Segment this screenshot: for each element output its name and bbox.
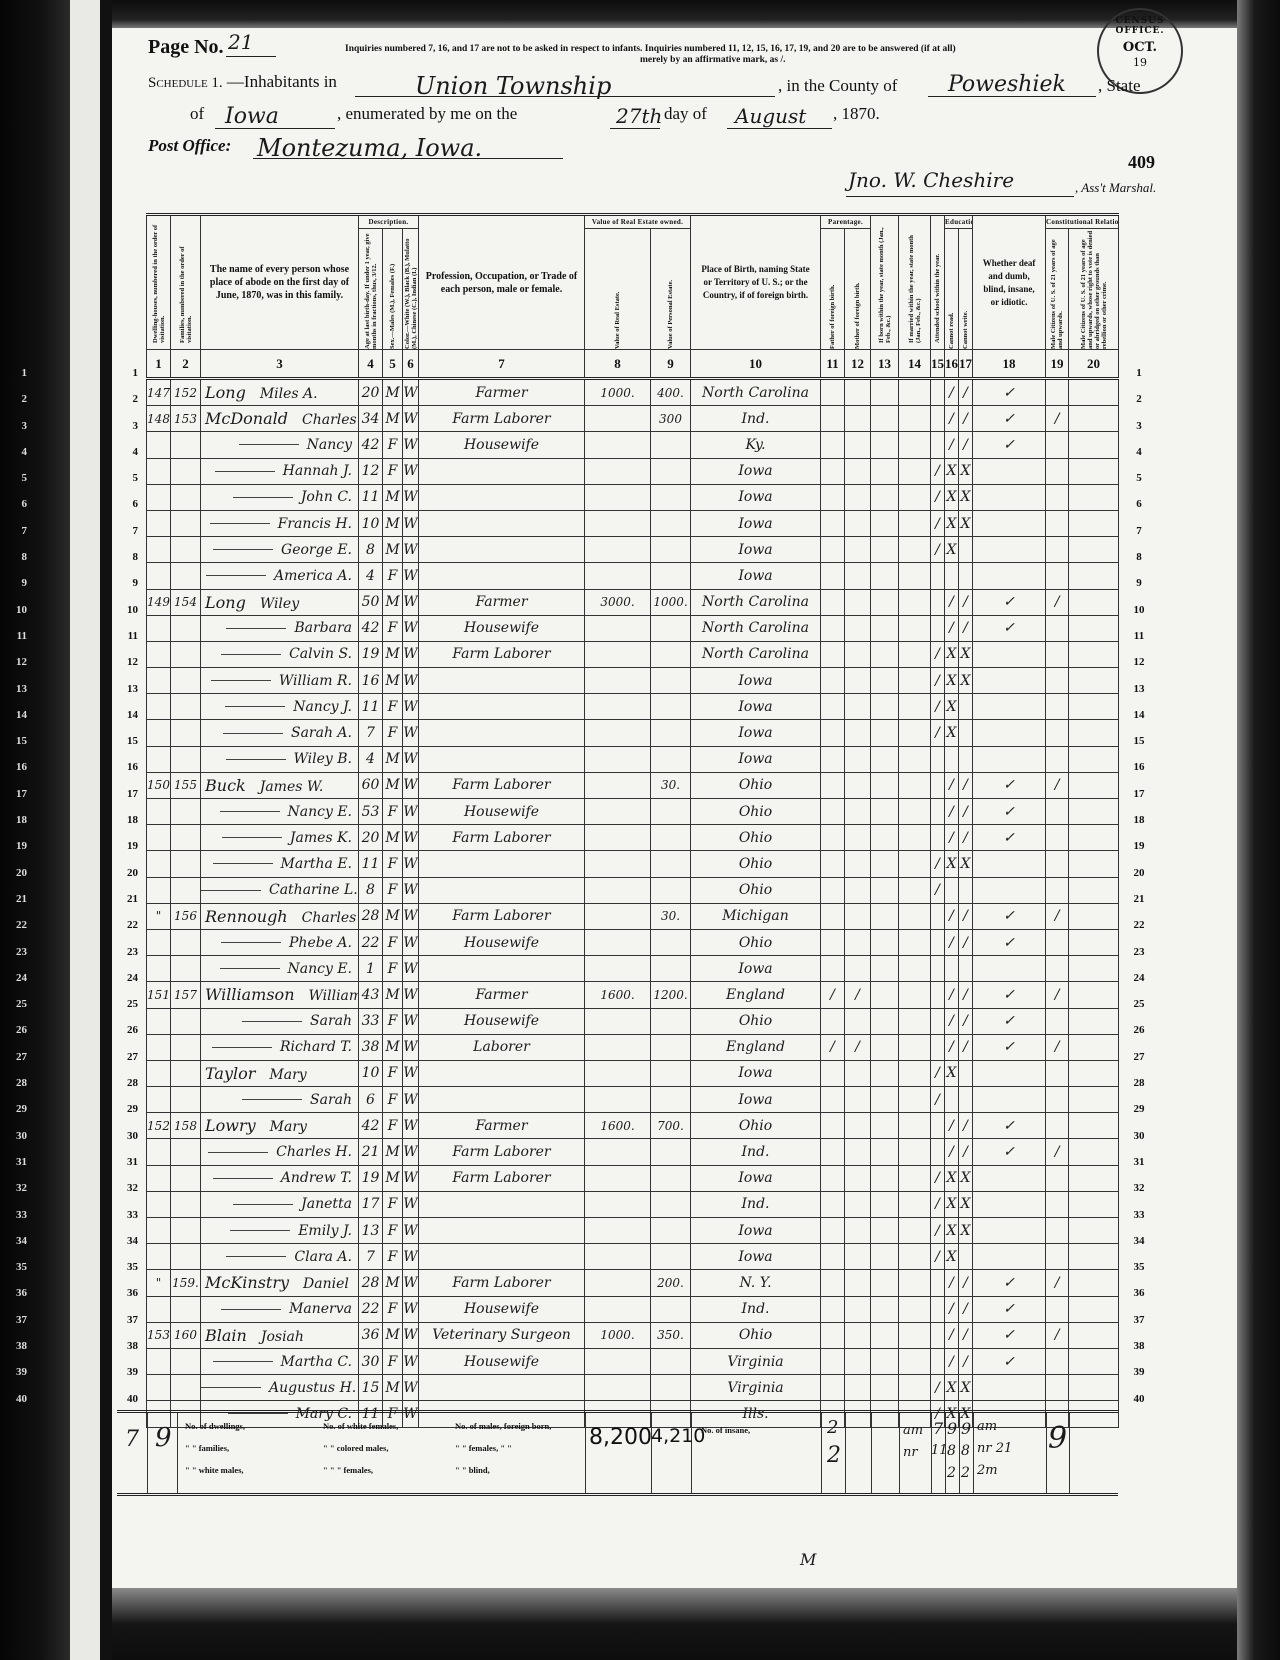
family-number [171,641,201,667]
sex: F [383,1218,403,1244]
occupation: Housewife [419,1008,585,1034]
cannot-read: / [945,589,959,615]
mother-foreign [845,589,871,615]
disability: ✓ [973,982,1046,1008]
total-cannot-write-c: 2 [961,1465,970,1481]
vote-denied [1069,851,1119,877]
family-number [171,1348,201,1374]
family-number [171,484,201,510]
vote-denied [1069,1296,1119,1322]
disability: ✓ [973,1008,1046,1034]
birthplace: Ohio [691,1113,821,1139]
married-within-year [899,1087,931,1113]
real-estate-value: 1000. [585,1322,651,1348]
line-number: 3 [1124,413,1154,439]
line-number: 32 [1124,1175,1154,1201]
age: 60 [359,772,383,798]
family-number [171,746,201,772]
birthplace: Ohio [691,1322,821,1348]
census-row: Calvin S.19MWFarm LaborerNorth Carolina/… [147,641,1119,667]
personal-estate-value [651,484,691,510]
column-number-5: 5 [383,350,403,379]
line-number: 21 [118,886,138,912]
disability: ✓ [973,929,1046,955]
line-number: 7 [5,518,27,544]
disability [973,484,1046,510]
summary-col19-cell: 9 [1046,1413,1070,1493]
age: 22 [359,929,383,955]
person-name: Phebe A. [201,929,359,955]
mother-foreign [845,1191,871,1217]
birthplace: Iowa [691,458,821,484]
surname: Buck [205,776,246,795]
age: 36 [359,1322,383,1348]
male-citizen-21 [1046,1165,1069,1191]
born-within-year [871,406,899,432]
cannot-write: X [959,458,973,484]
father-foreign [821,825,845,851]
line-number: 2 [118,386,138,412]
tally-c18-c: 2m [977,1463,998,1478]
birthplace: Virginia [691,1348,821,1374]
column-number-row: 1234567891011121314151617181920 [147,350,1119,379]
birthplace: Ind. [691,1296,821,1322]
father-foreign [821,563,845,589]
line-number: 25 [5,991,27,1017]
sex: M [383,825,403,851]
vote-denied [1069,1322,1119,1348]
given-name: Wiley B. [294,751,352,767]
disability: ✓ [973,615,1046,641]
born-within-year [871,746,899,772]
occupation [419,1244,585,1270]
sex: F [383,1060,403,1086]
age: 11 [359,851,383,877]
ditto-dash [213,863,273,864]
cannot-read: X [945,668,959,694]
occupation [419,694,585,720]
married-within-year [899,641,931,667]
line-number: 15 [5,728,27,754]
line-number: 6 [1124,491,1154,517]
column-number-2: 2 [171,350,201,379]
line-number: 37 [118,1307,138,1333]
census-row: Martha C.30FWHousewifeVirginia//✓ [147,1348,1119,1374]
person-name: LongMiles A. [201,379,359,406]
cannot-write [959,877,973,903]
line-number: 23 [5,939,27,965]
born-within-year [871,825,899,851]
line-number: 40 [118,1386,138,1412]
disability [973,720,1046,746]
occupation: Farmer [419,1113,585,1139]
male-citizen-21: / [1046,772,1069,798]
vote-denied [1069,1191,1119,1217]
state-value: Iowa [225,104,279,129]
real-estate-value [585,929,651,955]
sex: F [383,1191,403,1217]
age: 19 [359,641,383,667]
disability: ✓ [973,1113,1046,1139]
col-header-17: Cannot write. [959,229,973,350]
born-within-year [871,956,899,982]
born-within-year [871,668,899,694]
person-name: Andrew T. [201,1165,359,1191]
summary-dwellings-count: 7 [125,1427,139,1452]
census-rows: 147152LongMiles A.20MWFarmer1000.400.Nor… [147,379,1119,1428]
census-row: "159.McKinstryDaniel28MWFarm Laborer200.… [147,1270,1119,1296]
line-number: 19 [118,833,138,859]
married-within-year [899,458,931,484]
sheet-number: 409 [1128,152,1155,173]
surname: Lowry [205,1116,256,1135]
cannot-read [945,877,959,903]
born-within-year [871,1296,899,1322]
line-number: 22 [118,912,138,938]
born-within-year [871,799,899,825]
vote-denied [1069,1218,1119,1244]
given-name: Josiah [261,1329,304,1345]
attended-school [931,1113,945,1139]
ditto-dash [239,444,299,445]
father-foreign [821,1375,845,1401]
birthplace: Ohio [691,799,821,825]
vote-denied [1069,432,1119,458]
line-number: 12 [5,649,27,675]
year-label: , 1870. [833,104,880,124]
day-field: 27th [610,104,660,129]
cannot-write: / [959,772,973,798]
dwelling-number [147,929,171,955]
birthplace: Ohio [691,772,821,798]
line-number: 25 [1124,991,1154,1017]
column-number-17: 17 [959,350,973,379]
census-row: Nancy42FWHousewifeKy.//✓ [147,432,1119,458]
disability [973,641,1046,667]
line-number: 8 [5,544,27,570]
real-estate-value [585,1296,651,1322]
age: 20 [359,379,383,406]
ditto-dash [210,523,270,524]
sex: M [383,982,403,1008]
sex: F [383,1244,403,1270]
vote-denied [1069,563,1119,589]
ditto-dash [233,497,293,498]
family-number: 152 [171,379,201,406]
person-name: Hannah J. [201,458,359,484]
census-row: 147152LongMiles A.20MWFarmer1000.400.Nor… [147,379,1119,406]
personal-estate-value [651,458,691,484]
born-within-year [871,1165,899,1191]
line-number: 28 [1124,1070,1154,1096]
born-within-year [871,1008,899,1034]
mother-foreign [845,720,871,746]
census-row: 150155BuckJames W.60MWFarm Laborer30.Ohi… [147,772,1119,798]
personal-estate-value [651,641,691,667]
occupation: Housewife [419,432,585,458]
line-number: 9 [118,570,138,596]
column-number-6: 6 [403,350,419,379]
real-estate-value [585,694,651,720]
ditto-dash [213,1178,273,1179]
attended-school: / [931,641,945,667]
male-citizen-21 [1046,1087,1069,1113]
given-name: Mary [270,1119,307,1135]
birthplace: Iowa [691,1244,821,1270]
married-within-year [899,1244,931,1270]
total-mother-foreign: 2 [827,1443,841,1468]
father-foreign [821,903,845,929]
col-header-10: Place of Birth, naming State or Territor… [691,215,821,350]
given-name: Charles H. [276,1144,352,1160]
age: 13 [359,1218,383,1244]
given-name: Janetta [301,1196,352,1212]
col-header-14: If married within the year, state month … [899,215,931,350]
male-citizen-21 [1046,877,1069,903]
line-number: 1 [5,360,27,386]
personal-estate-value [651,615,691,641]
married-within-year [899,799,931,825]
birthplace: Ky. [691,432,821,458]
color: W [403,1165,419,1191]
vote-denied [1069,510,1119,536]
married-within-year [899,1034,931,1060]
attended-school [931,903,945,929]
attended-school [931,746,945,772]
age: 11 [359,694,383,720]
married-within-year [899,1139,931,1165]
day-of-label: day of [664,104,707,124]
cannot-write [959,1244,973,1270]
day-value: 27th [616,104,662,128]
male-citizen-21 [1046,720,1069,746]
dwelling-number: 147 [147,379,171,406]
father-foreign [821,851,845,877]
mother-foreign [845,1322,871,1348]
dwelling-number [147,1008,171,1034]
attended-school [931,799,945,825]
occupation [419,537,585,563]
born-within-year [871,1191,899,1217]
married-within-year [899,537,931,563]
born-within-year [871,720,899,746]
description-group-header: Description. [359,215,419,229]
birthplace: Ohio [691,1008,821,1034]
color: W [403,563,419,589]
color: W [403,458,419,484]
line-number: 26 [1124,1017,1154,1043]
person-name: Wiley B. [201,746,359,772]
line-number: 11 [118,623,138,649]
cannot-read: X [945,537,959,563]
married-within-year [899,1322,931,1348]
real-estate-value [585,772,651,798]
personal-estate-value [651,929,691,955]
birthplace: North Carolina [691,589,821,615]
cannot-write [959,746,973,772]
born-within-year [871,615,899,641]
real-estate-value [585,825,651,851]
line-number: 32 [5,1175,27,1201]
mother-foreign [845,1270,871,1296]
census-row: Wiley B.4MWIowa [147,746,1119,772]
person-name: McDonaldCharles [201,406,359,432]
cannot-read: / [945,982,959,1008]
line-number: 33 [1124,1202,1154,1228]
scan-bar [100,0,112,1660]
father-foreign [821,537,845,563]
dwelling-number [147,825,171,851]
line-number: 18 [1124,807,1154,833]
cannot-write [959,563,973,589]
real-estate-value [585,1008,651,1034]
personal-estate-value [651,1296,691,1322]
real-estate-value: 1000. [585,379,651,406]
cannot-read: / [945,379,959,406]
census-row: TaylorMary10FWIowa/X [147,1060,1119,1086]
age: 4 [359,563,383,589]
given-name: Andrew T. [281,1170,352,1186]
age: 30 [359,1348,383,1374]
vote-denied [1069,1113,1119,1139]
census-row: "156RennoughCharles28MWFarm Laborer30.Mi… [147,903,1119,929]
census-row: Clara A.7FWIowa/X [147,1244,1119,1270]
vote-denied [1069,1375,1119,1401]
line-number: 12 [1124,649,1154,675]
total-cannot-write-a: 9 [961,1419,971,1438]
person-name: Francis H. [201,510,359,536]
col-header-2: Families, numbered in the order of visit… [171,215,201,350]
real-estate-value [585,1034,651,1060]
education-group-header: Education. [945,215,973,229]
person-name: LowryMary [201,1113,359,1139]
vote-denied [1069,1348,1119,1374]
stamp-day: 19 [1099,56,1181,69]
label-males-foreign: No. of males, foreign born, [455,1421,551,1431]
personal-estate-value [651,1008,691,1034]
father-foreign [821,1191,845,1217]
male-citizen-21 [1046,432,1069,458]
line-number: 3 [5,413,27,439]
family-number [171,799,201,825]
cannot-write [959,694,973,720]
given-name: Barbara [294,620,352,636]
line-number: 3 [118,413,138,439]
male-citizen-21 [1046,956,1069,982]
occupation: Housewife [419,929,585,955]
person-name: Sarah [201,1087,359,1113]
vote-denied [1069,877,1119,903]
line-number: 1 [118,360,138,386]
age: 38 [359,1034,383,1060]
line-number: 15 [118,728,138,754]
sex: F [383,1348,403,1374]
family-number [171,851,201,877]
born-within-year [871,641,899,667]
given-name: William [309,988,359,1004]
occupation [419,458,585,484]
family-number [171,537,201,563]
line-number: 8 [118,544,138,570]
col-header-6: Color.—White (W.), Black (B.), Mulatto (… [403,229,419,350]
born-within-year [871,1113,899,1139]
line-number: 27 [1124,1044,1154,1070]
birthplace: Ind. [691,406,821,432]
male-citizen-21 [1046,694,1069,720]
color: W [403,903,419,929]
dwelling-number: 151 [147,982,171,1008]
line-number: 31 [118,1149,138,1175]
col-header-4: Age at last birth-day. If under 1 year, … [359,229,383,350]
margin-line-numbers-outer: 1234567891011121314151617181920212223242… [5,360,27,1412]
person-name: LongWiley [201,589,359,615]
given-name: Emily J. [298,1223,352,1239]
summary-counts-cell: No. of dwellings, " " families, " " whit… [177,1413,586,1493]
married-within-year [899,1296,931,1322]
occupation [419,720,585,746]
census-row: Sarah33FWHousewifeOhio//✓ [147,1008,1119,1034]
given-name: Richard T. [280,1039,352,1055]
married-within-year [899,1165,931,1191]
family-number [171,432,201,458]
age: 6 [359,1087,383,1113]
dwelling-number [147,432,171,458]
given-name: Sarah [310,1013,352,1029]
cannot-write: X [959,1165,973,1191]
personal-estate-value: 30. [651,772,691,798]
summary-col11-cell: 2 2 [821,1413,846,1493]
line-number: 37 [5,1307,27,1333]
given-name: Francis H. [278,516,352,532]
born-within-year [871,982,899,1008]
dwelling-number [147,668,171,694]
mother-foreign: / [845,982,871,1008]
family-number [171,877,201,903]
census-row: Charles H.21MWFarm LaborerInd.//✓/ [147,1139,1119,1165]
color: W [403,1348,419,1374]
tally-c14-a: am [903,1423,923,1438]
scan-strip [70,0,100,1660]
disability: ✓ [973,1034,1046,1060]
vote-denied [1069,484,1119,510]
attended-school: / [931,1218,945,1244]
real-estate-value: 1600. [585,1113,651,1139]
father-foreign: / [821,1034,845,1060]
birthplace: N. Y. [691,1270,821,1296]
vote-denied [1069,956,1119,982]
ditto-dash [220,811,280,812]
given-name: Daniel [303,1276,349,1292]
personal-estate-value [651,510,691,536]
line-number: 5 [5,465,27,491]
cannot-read: X [945,510,959,536]
census-row: Emily J.13FWIowa/XX [147,1218,1119,1244]
summary-real-estate-cell: 8,200 [585,1413,652,1493]
disability: ✓ [973,1139,1046,1165]
line-number: 30 [118,1123,138,1149]
cannot-write: / [959,1322,973,1348]
born-within-year [871,1348,899,1374]
line-number: 30 [5,1123,27,1149]
sex: F [383,1296,403,1322]
given-name: Miles A. [260,386,318,402]
cannot-read: / [945,1348,959,1374]
scan-border-bottom [112,1588,1237,1660]
married-within-year [899,432,931,458]
married-within-year [899,484,931,510]
married-within-year [899,903,931,929]
father-foreign [821,589,845,615]
